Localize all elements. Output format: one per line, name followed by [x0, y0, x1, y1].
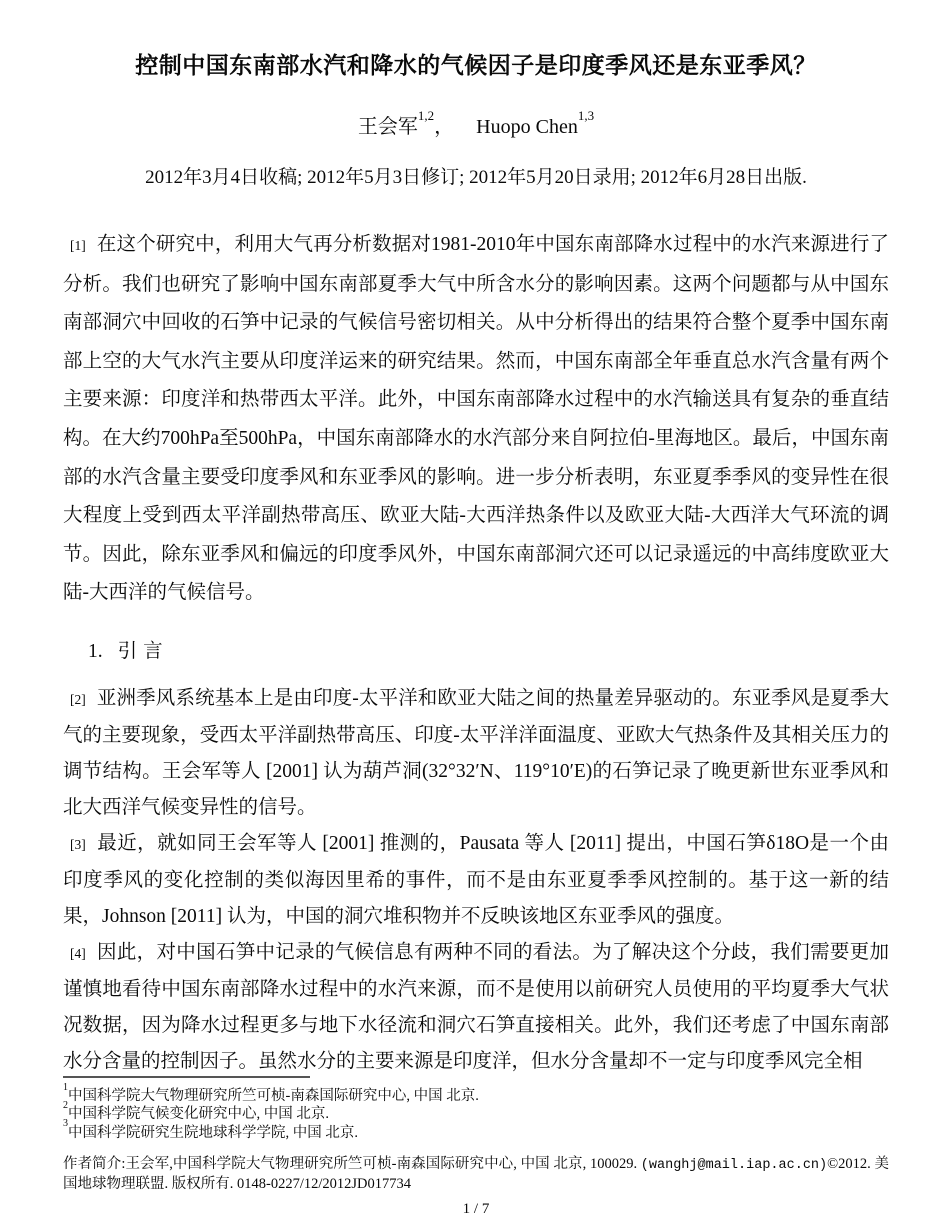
abstract-text: 在这个研究中，利用大气再分析数据对1981-2010年中国东南部降水过程中的水汽…	[63, 234, 889, 603]
author-1: 王会军1,2，	[358, 116, 454, 138]
body-paragraph-2: [2]亚洲季风系统基本上是由印度-太平洋和欧亚大陆之间的热量差异驱动的。东亚季风…	[63, 681, 889, 826]
section-title: 引言	[118, 641, 169, 662]
author-1-name: 王会军	[358, 116, 418, 138]
footnote-1-text: 中国科学院大气物理研究所竺可桢-南森国际研究中心, 中国 北京.	[68, 1088, 479, 1104]
abstract-paragraph: [1]在这个研究中，利用大气再分析数据对1981-2010年中国东南部降水过程中…	[63, 226, 889, 613]
page-number: 1 / 7	[63, 1200, 889, 1218]
page-footer: 1中国科学院大气物理研究所竺可桢-南森国际研究中心, 中国 北京. 2中国科学院…	[63, 1076, 889, 1232]
author-bio: 作者简介:王会军,中国科学院大气物理研究所竺可桢-南森国际研究中心, 中国 北京…	[63, 1155, 889, 1194]
footnote-3: 3中国科学院研究生院地球科学学院, 中国 北京.	[63, 1124, 889, 1142]
footnote-2: 2中国科学院气候变化研究中心, 中国 北京.	[63, 1105, 889, 1123]
body-paragraph-4: [4]因此，对中国石笋中记录的气候信息有两种不同的看法。为了解决这个分歧，我们需…	[63, 935, 889, 1080]
paragraph-marker-3: [3]	[63, 837, 86, 852]
author-2-name: Huopo Chen	[476, 116, 578, 138]
author-separator: ，	[434, 116, 454, 138]
footnote-divider	[63, 1076, 310, 1078]
body-paragraph-3: [3]最近，就如同王会军等人 [2001] 推测的，Pausata 等人 [20…	[63, 826, 889, 935]
paper-page: 控制中国东南部水汽和降水的气候因子是印度季风还是东亚季风？ 王会军1,2，Huo…	[0, 0, 952, 1232]
paragraph-3-text: 最近，就如同王会军等人 [2001] 推测的，Pausata 等人 [2011]…	[63, 833, 889, 927]
author-line: 王会军1,2，Huopo Chen1,3	[0, 114, 952, 140]
author-email: (wanghj@mail.iap.ac.cn)	[641, 1158, 827, 1173]
paragraph-marker-4: [4]	[63, 946, 86, 961]
section-heading-introduction: 1.引言	[88, 639, 889, 665]
paragraph-marker-2: [2]	[63, 692, 86, 707]
author-2-affiliation-sup: 1,3	[578, 108, 594, 123]
footnote-2-sup: 2	[63, 1100, 68, 1111]
section-number: 1.	[88, 641, 103, 662]
paper-title: 控制中国东南部水汽和降水的气候因子是印度季风还是东亚季风？	[63, 50, 889, 80]
footnote-1: 1中国科学院大气物理研究所竺可桢-南森国际研究中心, 中国 北京.	[63, 1087, 889, 1105]
footnote-3-sup: 3	[63, 1118, 68, 1129]
author-bio-prefix: 作者简介:王会军,中国科学院大气物理研究所竺可桢-南森国际研究中心, 中国 北京…	[63, 1156, 641, 1172]
dates-line: 2012年3月4日收稿; 2012年5月3日修订; 2012年5月20日录用; …	[0, 166, 952, 190]
footnote-1-sup: 1	[63, 1082, 68, 1093]
footnote-2-text: 中国科学院气候变化研究中心, 中国 北京.	[68, 1106, 329, 1122]
footnote-3-text: 中国科学院研究生院地球科学学院, 中国 北京.	[68, 1125, 358, 1141]
author-2: Huopo Chen1,3	[476, 116, 594, 138]
paragraph-2-text: 亚洲季风系统基本上是由印度-太平洋和欧亚大陆之间的热量差异驱动的。东亚季风是夏季…	[63, 688, 889, 818]
paragraph-4-text: 因此，对中国石笋中记录的气候信息有两种不同的看法。为了解决这个分歧，我们需要更加…	[63, 942, 889, 1072]
author-1-affiliation-sup: 1,2	[418, 108, 434, 123]
paragraph-marker-1: [1]	[63, 238, 86, 253]
